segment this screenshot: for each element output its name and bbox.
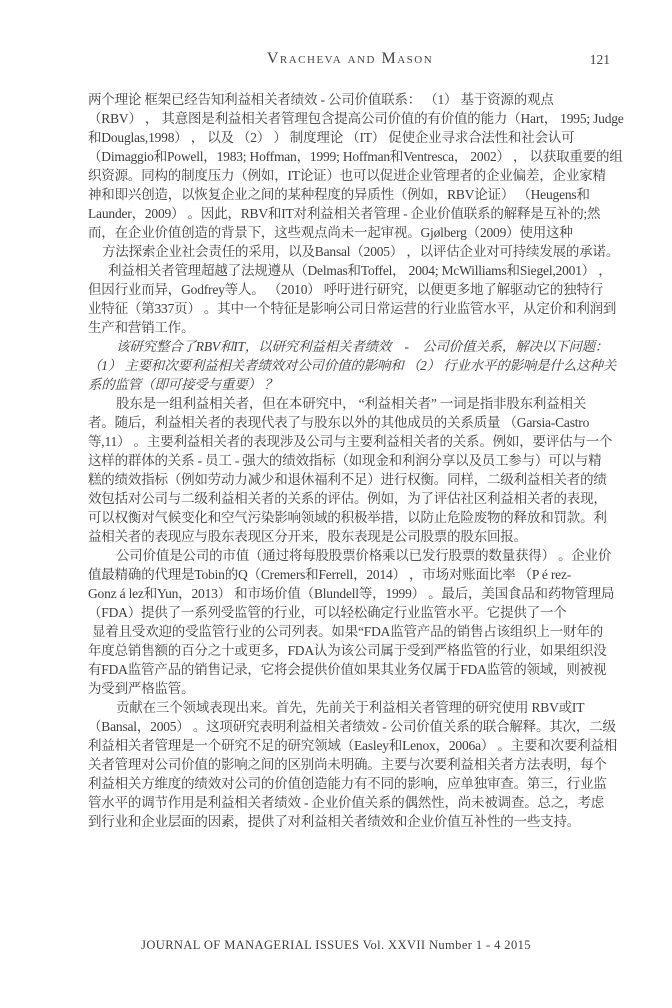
page-number: 121 xyxy=(590,52,610,68)
text-line: 效包括对公司与二级利益相关者的关系的评估。例如，为了评估社区利益相关者的表现， xyxy=(88,489,618,508)
text-line: 这样的群体的关系 - 员工 - 强大的绩效指标（如现金和利润分享以及员工参与）可… xyxy=(88,451,618,470)
text-line: 有FDA监管产品的销售记录，它将会提供价值如果其业务仅属于FDA监管的领域，则被… xyxy=(88,660,618,679)
text-line: （RBV） ， 其意图是利益相关者管理包含提高公司价值的有价值的能力（Hart，… xyxy=(88,109,618,128)
text-line: 利益相关者管理是一个研究不足的研究领域（Easley和Lenox，2006a） … xyxy=(88,736,618,755)
text-line: 利益相关者管理超越了法规遵从（Delmas和Toffel， 2004; McWi… xyxy=(88,261,618,280)
text-line: 到行业和企业层面的因素，提供了对利益相关者绩效和企业价值互补性的一些支持。 xyxy=(88,812,618,831)
text-line: 公司价值是公司的市值（通过将每股股票价格乘以已发行股票的数量获得） 。企业价 xyxy=(88,546,618,565)
text-line: （Bansal，2005） 。这项研究表明利益相关者绩效 - 公司价值关系的联合… xyxy=(88,717,618,736)
text-line: 年度总销售额的百分之十或更多，FDA认为该公司属于受到严格监管的行业，如果组织没 xyxy=(88,641,618,660)
text-line: 可以权衡对气候变化和空气污染影响领域的积极举措，以防止危险废物的释放和罚款。利 xyxy=(88,508,618,527)
text-line: （1） 主要和次要利益相关者绩效对公司价值的影响和 （2） 行业水平的影响是什么… xyxy=(88,356,618,375)
text-line: 而，在企业价值创造的背景下，这些观点尚未一起审视。Gjølberg（2009）使… xyxy=(88,223,618,242)
journal-footer: JOURNAL OF MANAGERIAL ISSUES Vol. XXVII … xyxy=(0,938,672,953)
text-line: 贡献在三个领域表现出来。首先，先前关于利益相关者管理的研究使用 RBV或IT xyxy=(88,698,618,717)
text-line: 值最精确的代理是Tobin的Q（Cremers和Ferrell，2014） ，市… xyxy=(88,565,618,584)
text-line: 系的监管（即可接受与重要） ？ xyxy=(88,375,618,394)
text-line: 益相关者的表现应与股东表现区分开来，股东表现是公司股票的股东回报。 xyxy=(88,527,618,546)
text-line: 管水平的调节作用是利益相关者绩效 - 企业价值关系的偶然性，尚未被调查。总之，考… xyxy=(88,793,618,812)
text-line: 方法探索企业社会责任的采用，以及Bansal（2005） ，以评估企业对可持续发… xyxy=(88,242,618,261)
page-header: Vracheva and Mason 121 xyxy=(88,50,612,70)
text-line: 该研究整合了RBV和IT，以研究利益相关者绩效 - 公司价值关系，解决以下问题： xyxy=(88,337,618,356)
text-line: 织资源。同构的制度压力（例如，IT论证）也可以促进企业管理者的企业偏差，企业家精 xyxy=(88,166,618,185)
journal-page: Vracheva and Mason 121 两个理论 框架已经告知利益相关者绩… xyxy=(0,0,672,1008)
text-line: 者。随后，利益相关者的表现代表了与股东以外的其他成员的关系质量 （Garsia-… xyxy=(88,413,618,432)
text-line: 关者管理对公司价值的影响之间的区别尚未明确。主要与次要利益相关者方法表明，每个 xyxy=(88,755,618,774)
article-body: 两个理论 框架已经告知利益相关者绩效 - 公司价值联系： （1） 基于资源的观点… xyxy=(88,90,618,831)
text-line: Gonz á lez和Yun，2013） 和市场价值（Blundell等，199… xyxy=(88,584,618,603)
text-line: （FDA）提供了一系列受监管的行业，可以轻松确定行业监管水平。它提供了一个 xyxy=(88,603,618,622)
text-line: Launder，2009） 。因此，RBV和IT对利益相关者管理 - 企业价值联… xyxy=(88,204,618,223)
text-line: 但因行业而异，Godfrey等人。 （2010） 呼吁进行研究，以便更多地了解驱… xyxy=(88,280,618,299)
text-line: 两个理论 框架已经告知利益相关者绩效 - 公司价值联系： （1） 基于资源的观点 xyxy=(88,90,618,109)
text-line: （Dimaggio和Powell，1983; Hoffman，1999; Hof… xyxy=(88,147,618,166)
text-line: 显着且受欢迎的受监管行业的公司列表。如果“FDA监管产品的销售占该组织上一财年的 xyxy=(88,622,618,641)
text-line: 为受到严格监管。 xyxy=(88,679,618,698)
text-line: 业特征（第337页） 。其中一个特征是影响公司日常运营的行业监管水平，从定价和利… xyxy=(88,299,618,318)
text-line: 和Douglas,1998） ， 以及 （2） ） 制度理论 （IT） 促使企业… xyxy=(88,128,618,147)
text-line: 利益相关方维度的绩效对公司的价值创造能力有不同的影响，应单独审查。第三，行业监 xyxy=(88,774,618,793)
text-line: 糕的绩效指标（例如劳动力减少和退休福利不足）进行权衡。同样，二级利益相关者的绩 xyxy=(88,470,618,489)
text-line: 生产和营销工作。 xyxy=(88,318,618,337)
text-line: 等,11） 。主要利益相关者的表现涉及公司与主要利益相关者的关系。例如，要评估与… xyxy=(88,432,618,451)
running-head: Vracheva and Mason xyxy=(88,50,612,68)
text-line: 神和即兴创造，以恢复企业之间的某种程度的异质性（例如，RBV论证） （Heuge… xyxy=(88,185,618,204)
text-line: 股东是一组利益相关者，但在本研究中， “利益相关者” 一词是指非股东利益相关 xyxy=(88,394,618,413)
